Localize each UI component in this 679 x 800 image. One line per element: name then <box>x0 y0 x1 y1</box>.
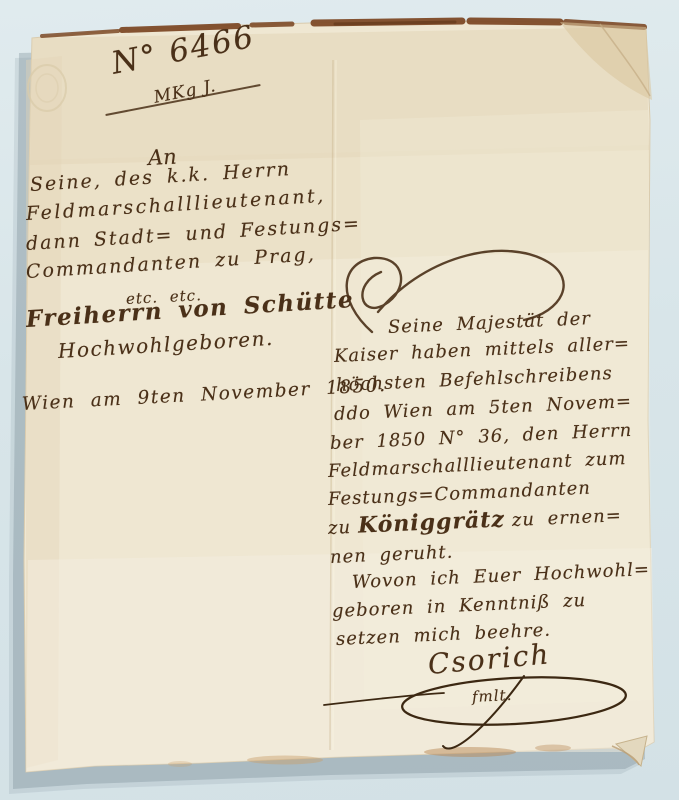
photo-of-letter: N° 6466 MKg J. An Seine, des k.k. Herrn … <box>0 0 679 800</box>
body-line-segment: zu ernen= <box>511 505 622 531</box>
body-line-segment: zu <box>328 517 352 539</box>
registry-note: MKg J. <box>152 76 218 108</box>
address-honorific: Hochwohlgeboren. <box>57 326 274 363</box>
body-line: Kaiser haben mittels aller= <box>334 333 631 367</box>
letter-text-layer: N° 6466 MKg J. An Seine, des k.k. Herrn … <box>0 0 679 800</box>
dateline: Wien am 9ten November 1850. <box>21 375 387 415</box>
signature-rank-note: fmlt. <box>472 686 513 706</box>
registry-number: N° 6466 <box>109 19 259 82</box>
body-line: höchsten Befehlschreibens <box>336 363 614 396</box>
place-name-koeniggraetz: Königgrätz <box>357 506 505 538</box>
body-line: nen geruht. <box>330 542 454 568</box>
body-line: geboren in Kenntniß zu <box>332 590 587 622</box>
body-line: Seine Majestät der <box>388 308 592 338</box>
